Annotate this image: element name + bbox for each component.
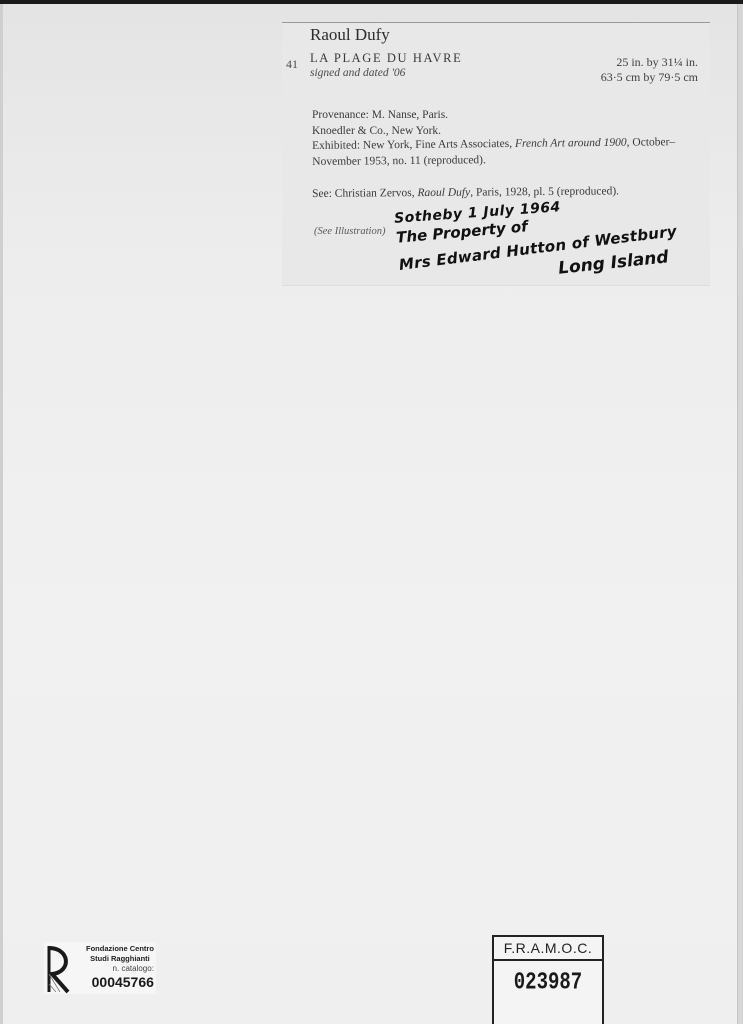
signature-note: signed and dated '06: [310, 67, 405, 79]
artwork-title: LA PLAGE DU HAVRE: [310, 51, 462, 66]
label-text: Fondazione Centro Studi Ragghianti n. ca…: [86, 944, 154, 991]
fondazione-catalogue-label: Fondazione Centro Studi Ragghianti n. ca…: [44, 942, 156, 994]
lot-number: 41: [286, 57, 298, 72]
dimensions: 25 in. by 31¼ in. 63·5 cm by 79·5 cm: [601, 55, 698, 85]
framoc-header: F.R.A.M.O.C.: [494, 937, 602, 961]
provenance: Provenance: M. Nanse, Paris. Knoedler & …: [312, 107, 448, 139]
catalogue-clipping: Raoul Dufy 41 LA PLAGE DU HAVRE signed a…: [282, 22, 710, 285]
see-illustration-note: (See Illustration): [314, 226, 385, 237]
exhibited-line2: November 1953, no. 11 (reproduced).: [312, 150, 675, 170]
see-suffix: , Paris, 1928, pl. 5 (reproduced).: [470, 185, 619, 198]
artist-name: Raoul Dufy: [310, 25, 390, 45]
dimensions-cm: 63·5 cm by 79·5 cm: [601, 70, 698, 85]
foundation-name-2: Studi Ragghianti: [86, 954, 154, 964]
exhibited: Exhibited: New York, Fine Arts Associate…: [312, 134, 675, 170]
exhibited-suffix: , October–: [627, 136, 676, 149]
catalogue-number: 00045766: [86, 974, 154, 991]
literature-reference: See: Christian Zervos, Raoul Dufy, Paris…: [312, 183, 619, 202]
exhibition-title: French Art around 1900: [515, 137, 627, 150]
sheet-right-edge: [737, 4, 743, 1024]
foundation-name: Fondazione Centro: [86, 944, 154, 954]
exhibited-prefix: Exhibited: New York, Fine Arts Associate…: [312, 138, 515, 152]
dimensions-inches: 25 in. by 31¼ in.: [601, 55, 698, 70]
book-title: Raoul Dufy: [417, 187, 470, 199]
catalogue-caption: n. catalogo:: [86, 964, 154, 974]
see-prefix: See: Christian Zervos,: [312, 187, 418, 200]
framoc-stamp: F.R.A.M.O.C. 023987: [492, 935, 604, 1024]
provenance-line: Provenance: M. Nanse, Paris.: [312, 107, 448, 123]
framoc-number: 023987: [494, 968, 602, 996]
sheet-left-edge: [0, 4, 3, 1024]
ragghianti-logo-icon: [46, 944, 72, 994]
